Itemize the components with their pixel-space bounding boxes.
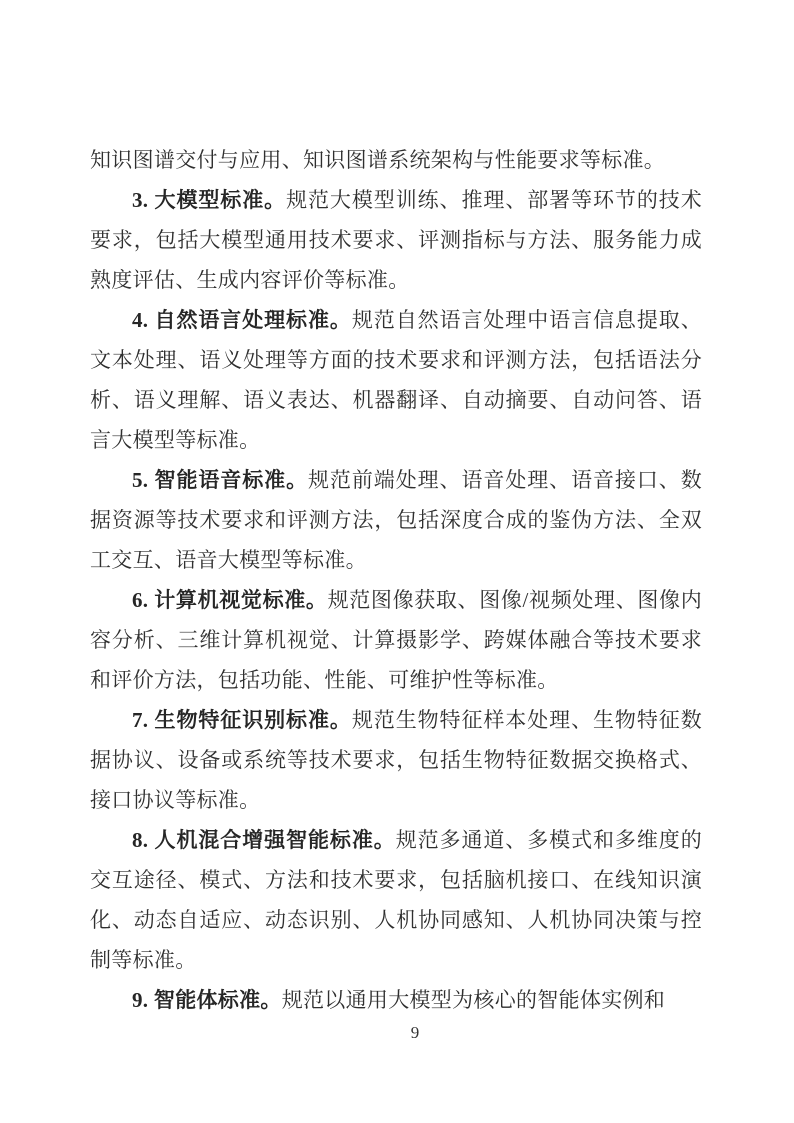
section-6-heading: 6. 计算机视觉标准。 — [132, 588, 328, 612]
section-3-paragraph: 3. 大模型标准。规范大模型训练、推理、部署等环节的技术要求，包括大模型通用技术… — [90, 180, 702, 300]
section-9-text: 规范以通用大模型为核心的智能体实例和 — [282, 988, 665, 1012]
section-7-heading: 7. 生物特征识别标准。 — [132, 708, 352, 732]
section-6-paragraph: 6. 计算机视觉标准。规范图像获取、图像/视频处理、图像内容分析、三维计算机视觉… — [90, 580, 702, 700]
section-8-paragraph: 8. 人机混合增强智能标准。规范多通道、多模式和多维度的交互途径、模式、方法和技… — [90, 820, 702, 980]
section-7-paragraph: 7. 生物特征识别标准。规范生物特征样本处理、生物特征数据协议、设备或系统等技术… — [90, 700, 702, 820]
section-3-heading: 3. 大模型标准。 — [132, 188, 286, 212]
section-4-heading: 4. 自然语言处理标准。 — [132, 308, 352, 332]
page-number: 9 — [0, 1022, 794, 1044]
section-5-paragraph: 5. 智能语音标准。规范前端处理、语音处理、语音接口、数据资源等技术要求和评测方… — [90, 460, 702, 580]
paragraph-text: 知识图谱交付与应用、知识图谱系统架构与性能要求等标准。 — [90, 148, 665, 172]
document-body: 知识图谱交付与应用、知识图谱系统架构与性能要求等标准。 3. 大模型标准。规范大… — [90, 140, 702, 1020]
section-9-heading: 9. 智能体标准。 — [132, 988, 282, 1012]
section-9-paragraph: 9. 智能体标准。规范以通用大模型为核心的智能体实例和 — [90, 980, 702, 1020]
section-8-heading: 8. 人机混合增强智能标准。 — [132, 828, 396, 852]
section-4-paragraph: 4. 自然语言处理标准。规范自然语言处理中语言信息提取、文本处理、语义处理等方面… — [90, 300, 702, 460]
section-5-heading: 5. 智能语音标准。 — [132, 468, 308, 492]
document-page: 知识图谱交付与应用、知识图谱系统架构与性能要求等标准。 3. 大模型标准。规范大… — [0, 0, 794, 1123]
paragraph-continuation: 知识图谱交付与应用、知识图谱系统架构与性能要求等标准。 — [90, 140, 702, 180]
